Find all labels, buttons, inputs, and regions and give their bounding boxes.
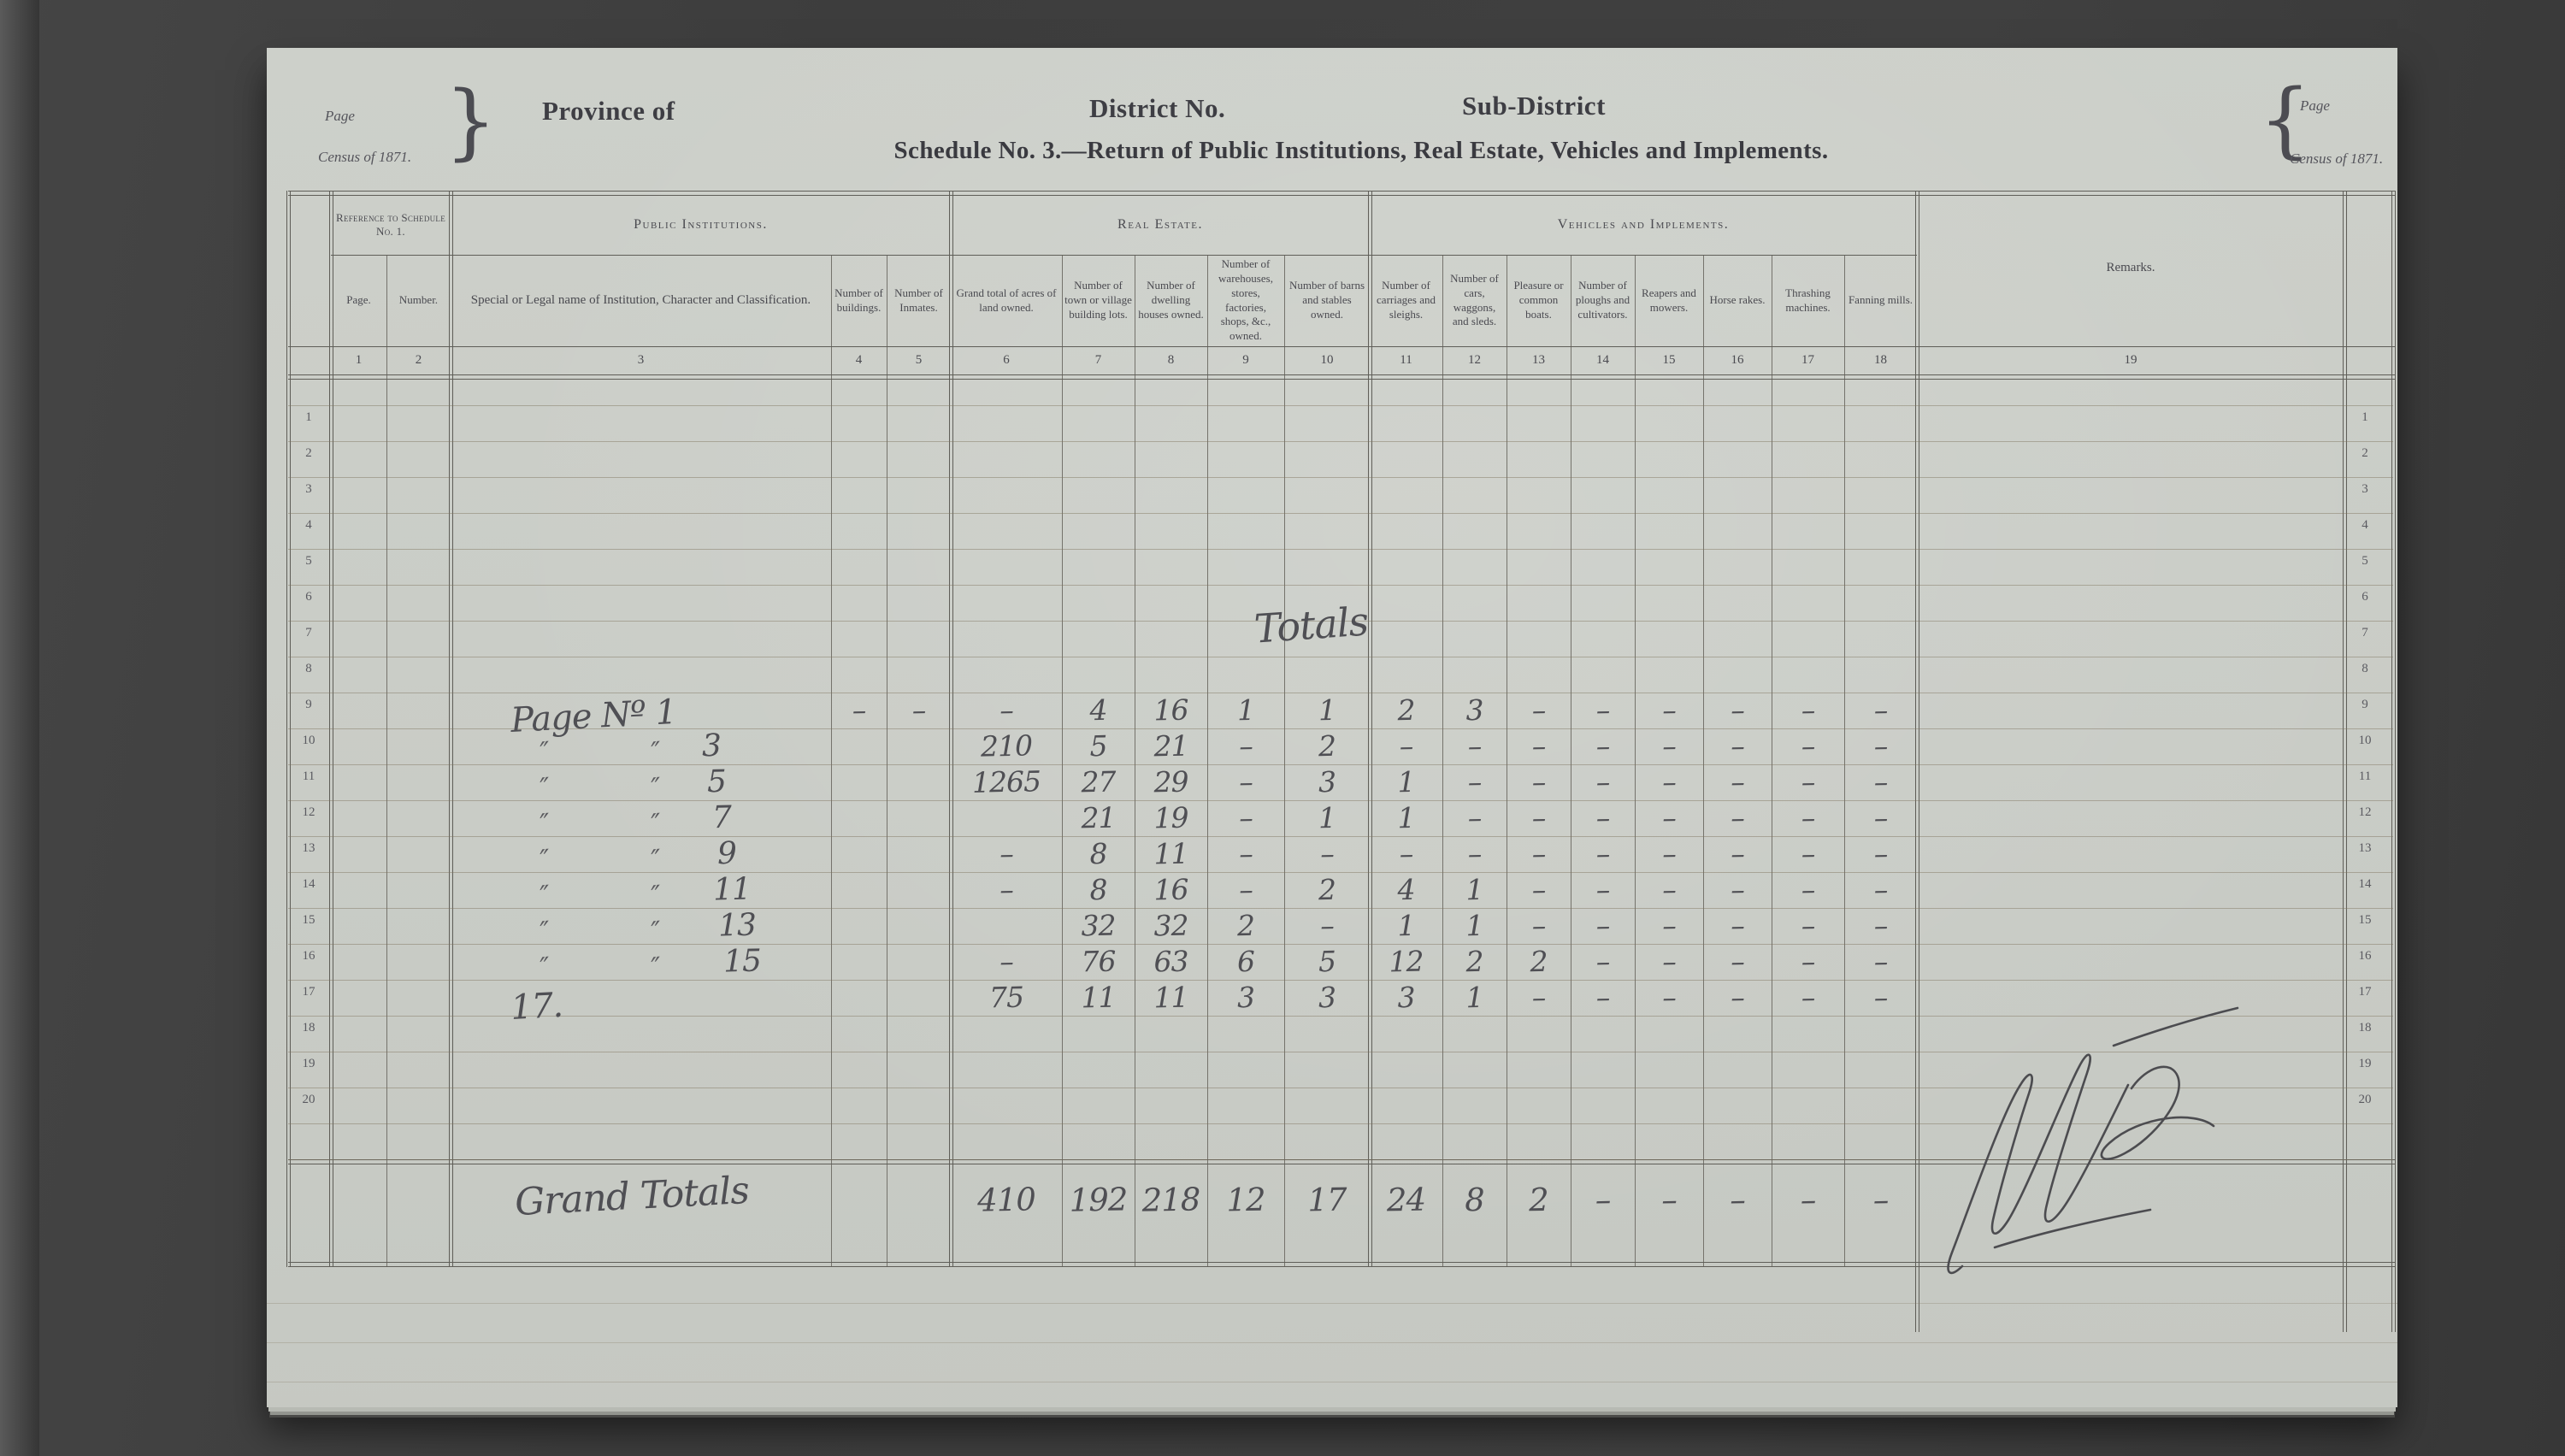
handwritten-cell-col13: 2 <box>1507 941 1571 982</box>
handwritten-cell-col9: – <box>1207 798 1285 839</box>
province-of-label: Province of <box>542 96 675 127</box>
signature-c-loop-stroke <box>2102 1067 2214 1159</box>
handwritten-cell-col8: 63 <box>1135 941 1208 982</box>
census-label-left: Census of 1871. <box>318 149 411 166</box>
table-vertical-rule <box>386 255 387 1267</box>
handwritten-cell-col6: – <box>951 869 1063 911</box>
column-header-14: Number of ploughs and cultivators. <box>1571 255 1635 346</box>
handwritten-cell-col9: – <box>1207 726 1285 767</box>
table-horizontal-rule <box>288 346 2395 347</box>
handwritten-cell-col15: – <box>1635 977 1704 1018</box>
handwritten-cell-col11: 3 <box>1370 977 1443 1018</box>
handwritten-ditto-mark: ″ <box>539 952 551 983</box>
handwritten-cell-col17: – <box>1772 977 1845 1018</box>
handwritten-cell-col17: – <box>1772 905 1845 946</box>
grand-total-cell-col15: – <box>1635 1177 1704 1223</box>
handwritten-cell-col10: 5 <box>1284 941 1371 982</box>
column-header-3: Special or Legal name of Institution, Ch… <box>451 255 831 346</box>
grand-total-cell-col9: 12 <box>1207 1177 1285 1223</box>
handwritten-cell-col13: – <box>1507 834 1571 875</box>
handwritten-cell-col17: – <box>1772 690 1845 731</box>
handwritten-cell-col17: – <box>1772 762 1845 803</box>
row-number-right-7: 7 <box>2346 626 2384 640</box>
sub-district-label: Sub-District <box>1462 91 1606 121</box>
handwritten-cell-col16: – <box>1703 941 1772 982</box>
handwritten-ditto-mark: ″ <box>539 809 551 840</box>
row-number-left-1: 1 <box>290 410 327 425</box>
census-schedule-page: Page Census of 1871. } Province of Distr… <box>267 48 2397 1407</box>
handwritten-cell-col7: 4 <box>1062 690 1135 731</box>
handwritten-ditto-mark: ″ <box>650 917 662 947</box>
handwritten-ditto-mark: ″ <box>650 809 662 840</box>
handwritten-cell-col10: 1 <box>1284 690 1371 731</box>
column-number-8: 8 <box>1135 346 1207 374</box>
ledger-line <box>288 405 2393 406</box>
table-vertical-rule <box>887 255 887 1267</box>
row-number-right-19: 19 <box>2346 1057 2384 1071</box>
row-number-right-18: 18 <box>2346 1021 2384 1035</box>
column-header-4: Number of buildings. <box>831 255 887 346</box>
district-no-label: District No. <box>1089 93 1225 124</box>
column-header-17: Thrashing machines. <box>1772 255 1844 346</box>
handwritten-cell-col16: – <box>1703 869 1772 911</box>
handwritten-ditto-mark: ″ <box>650 881 662 911</box>
table-vertical-rule <box>2395 191 2396 1332</box>
row-number-left-11: 11 <box>290 769 327 784</box>
handwritten-page-ref: 9 <box>671 834 783 875</box>
column-header-13: Pleasure or common boats. <box>1507 255 1571 346</box>
column-number-9: 9 <box>1207 346 1284 374</box>
handwritten-cell-col12: 2 <box>1442 941 1507 982</box>
table-vertical-rule <box>286 191 287 1267</box>
handwritten-ditto-mark: ″ <box>539 917 551 947</box>
handwritten-cell-col17: – <box>1772 834 1845 875</box>
handwritten-grand-totals-label: Grand Totals <box>514 1169 750 1224</box>
page-label-left: Page <box>325 108 355 125</box>
handwritten-cell-col15: – <box>1635 726 1704 767</box>
handwritten-page-ref: 5 <box>661 762 773 804</box>
handwritten-cell-col14: – <box>1571 905 1636 946</box>
column-header-10: Number of barns and stables owned. <box>1284 255 1370 346</box>
grand-total-cell-col14: – <box>1571 1177 1636 1223</box>
remarks-column-number: 19 <box>1917 346 2344 374</box>
handwritten-cell-col9: – <box>1207 762 1285 803</box>
ledger-line <box>288 441 2393 442</box>
grand-total-cell-col10: 17 <box>1284 1177 1371 1223</box>
handwritten-cell-col9: 1 <box>1207 690 1285 731</box>
handwritten-cell-col13: – <box>1507 726 1571 767</box>
column-number-11: 11 <box>1370 346 1442 374</box>
group-vehicles-implements: Vehicles and Implements. <box>1370 198 1917 251</box>
handwritten-cell-col16: – <box>1703 690 1772 731</box>
signature-initials-stroke <box>1949 1055 2128 1273</box>
handwritten-cell-col12: – <box>1442 798 1507 839</box>
handwritten-totals-heading: Totals <box>1253 598 1369 651</box>
handwritten-cell-col15: – <box>1635 941 1704 982</box>
column-header-5: Number of Inmates. <box>887 255 951 346</box>
handwritten-cell-col15: – <box>1635 798 1704 839</box>
row-number-right-20: 20 <box>2346 1093 2384 1107</box>
handwritten-cell-col13: – <box>1507 977 1571 1018</box>
table-vertical-rule <box>1919 191 1919 1332</box>
handwritten-cell-col9: 6 <box>1207 941 1285 982</box>
row-number-right-2: 2 <box>2346 446 2384 461</box>
handwritten-ditto-mark: ″ <box>650 952 662 983</box>
scanned-document-background: Page Census of 1871. } Province of Distr… <box>0 0 2565 1456</box>
row-number-right-17: 17 <box>2346 985 2384 999</box>
handwritten-cell-col13: – <box>1507 762 1571 803</box>
handwritten-cell-col5: – <box>887 690 952 731</box>
handwritten-cell-col8: 21 <box>1135 726 1208 767</box>
table-horizontal-rule <box>288 379 2395 380</box>
handwritten-page-ref: 7 <box>666 798 778 840</box>
handwritten-cell-col11: 2 <box>1370 690 1443 731</box>
handwritten-cell-col8: 11 <box>1135 834 1208 875</box>
column-header-9: Number of warehouses, stores, factories,… <box>1207 255 1284 346</box>
table-vertical-rule <box>2346 191 2347 1332</box>
handwritten-cell-col10: 3 <box>1284 762 1371 803</box>
handwritten-cell-col14: – <box>1571 834 1636 875</box>
row-number-left-18: 18 <box>290 1021 327 1035</box>
row-number-left-17: 17 <box>290 985 327 999</box>
row-number-left-15: 15 <box>290 913 327 928</box>
handwritten-cell-col14: – <box>1571 977 1636 1018</box>
handwritten-cell-col16: – <box>1703 798 1772 839</box>
row-number-right-3: 3 <box>2346 482 2384 497</box>
handwritten-cell-col12: 3 <box>1442 690 1507 731</box>
handwritten-cell-col14: – <box>1571 869 1636 911</box>
table-horizontal-rule <box>288 191 2395 192</box>
column-header-1: Page. <box>331 255 386 346</box>
column-header-16: Horse rakes. <box>1703 255 1772 346</box>
group-public-institutions: Public Institutions. <box>451 198 951 251</box>
handwritten-cell-col14: – <box>1571 941 1636 982</box>
table-vertical-rule <box>831 255 832 1267</box>
row-number-left-2: 2 <box>290 446 327 461</box>
ledger-line <box>288 585 2393 586</box>
row-number-left-16: 16 <box>290 949 327 964</box>
column-header-12: Number of cars, waggons, and sleds. <box>1442 255 1507 346</box>
grand-total-cell-col17: – <box>1772 1177 1845 1223</box>
left-brace: } <box>445 80 497 162</box>
handwritten-cell-col16: – <box>1703 905 1772 946</box>
handwritten-page-ref: 17. <box>510 969 870 1029</box>
column-number-5: 5 <box>887 346 951 374</box>
row-number-right-4: 4 <box>2346 518 2384 533</box>
handwritten-cell-col7: 32 <box>1062 905 1135 946</box>
row-number-right-12: 12 <box>2346 805 2384 820</box>
handwritten-cell-col15: – <box>1635 690 1704 731</box>
row-number-right-11: 11 <box>2346 769 2384 784</box>
column-header-8: Number of dwelling houses owned. <box>1135 255 1207 346</box>
row-number-left-19: 19 <box>290 1057 327 1071</box>
handwritten-cell-col17: – <box>1772 726 1845 767</box>
column-number-1: 1 <box>331 346 386 374</box>
group-real-estate: Real Estate. <box>951 198 1370 251</box>
handwritten-cell-col4: – <box>831 690 887 730</box>
column-header-7: Number of town or village building lots. <box>1062 255 1135 346</box>
row-number-right-6: 6 <box>2346 590 2384 604</box>
handwritten-cell-col18: – <box>1844 762 1918 803</box>
page-label-right: Page <box>2300 97 2330 115</box>
handwritten-cell-col8: 19 <box>1135 798 1208 839</box>
row-number-right-1: 1 <box>2346 410 2384 425</box>
handwritten-cell-col9: – <box>1207 869 1285 911</box>
handwritten-cell-col16: – <box>1703 977 1772 1018</box>
handwritten-cell-col11: 4 <box>1370 869 1443 911</box>
handwritten-ditto-mark: ″ <box>539 845 551 875</box>
handwritten-cell-col14: – <box>1571 762 1636 803</box>
handwritten-cell-col7: 8 <box>1062 834 1135 875</box>
column-header-2: Number. <box>386 255 451 346</box>
handwritten-cell-col15: – <box>1635 869 1704 911</box>
handwritten-cell-col7: 11 <box>1062 977 1135 1018</box>
handwritten-ditto-mark: ″ <box>650 845 662 875</box>
grand-total-cell-col16: – <box>1703 1177 1772 1223</box>
handwritten-cell-col9: – <box>1207 834 1285 875</box>
right-brace: { <box>2259 79 2311 161</box>
handwritten-cell-col7: 76 <box>1062 941 1135 982</box>
ledger-line <box>267 1382 2397 1382</box>
handwritten-cell-col18: – <box>1844 977 1918 1018</box>
handwritten-cell-col18: – <box>1844 690 1918 731</box>
handwritten-cell-col7: 8 <box>1062 869 1135 911</box>
handwritten-cell-col6: 75 <box>951 977 1063 1019</box>
handwritten-cell-col10: 2 <box>1284 726 1371 767</box>
column-number-2: 2 <box>386 346 451 374</box>
handwritten-cell-col13: – <box>1507 798 1571 839</box>
table-horizontal-rule <box>288 195 2395 196</box>
handwritten-cell-col17: – <box>1772 798 1845 839</box>
handwritten-cell-col18: – <box>1844 834 1918 875</box>
handwritten-cell-col15: – <box>1635 905 1704 946</box>
ledger-line <box>288 477 2393 478</box>
handwritten-cell-col10: – <box>1284 834 1371 875</box>
handwritten-cell-col12: – <box>1442 762 1507 803</box>
handwritten-cell-col12: 1 <box>1442 869 1507 911</box>
grand-total-cell-col18: – <box>1844 1177 1918 1223</box>
remarks-column-label: Remarks. <box>1917 191 2344 346</box>
row-number-right-10: 10 <box>2346 734 2384 748</box>
row-number-left-14: 14 <box>290 877 327 892</box>
row-number-left-20: 20 <box>290 1093 327 1107</box>
row-number-left-5: 5 <box>290 554 327 569</box>
handwritten-cell-col7: 21 <box>1062 798 1135 839</box>
row-number-right-14: 14 <box>2346 877 2384 892</box>
ledger-line <box>288 549 2393 550</box>
handwritten-cell-col8: 16 <box>1135 690 1208 731</box>
column-header-6: Grand total of acres of land owned. <box>951 255 1062 346</box>
grand-total-cell-col7: 192 <box>1062 1177 1135 1223</box>
row-number-right-9: 9 <box>2346 698 2384 712</box>
ledger-line <box>267 1342 2397 1343</box>
handwritten-cell-col11: – <box>1370 726 1443 767</box>
handwritten-cell-col18: – <box>1844 726 1918 767</box>
column-number-4: 4 <box>831 346 887 374</box>
row-number-left-9: 9 <box>290 698 327 712</box>
handwritten-ditto-mark: ″ <box>539 773 551 804</box>
handwritten-cell-col18: – <box>1844 941 1918 982</box>
group-reference-schedule1: Reference to Schedule No. 1. <box>331 198 451 251</box>
row-number-left-4: 4 <box>290 518 327 533</box>
table-horizontal-rule <box>331 255 1917 256</box>
handwritten-cell-col8: 29 <box>1135 762 1208 803</box>
handwritten-cell-col10: – <box>1284 905 1371 946</box>
column-number-17: 17 <box>1772 346 1844 374</box>
census-label-right: Census of 1871. <box>2290 150 2383 168</box>
table-vertical-rule <box>2343 191 2344 1332</box>
handwritten-cell-col8: 16 <box>1135 869 1208 911</box>
grand-total-cell-col6: 410 <box>951 1177 1063 1223</box>
column-header-11: Number of carriages and sleighs. <box>1370 255 1442 346</box>
grand-total-cell-col11: 24 <box>1370 1177 1443 1223</box>
handwritten-cell-col16: – <box>1703 762 1772 803</box>
handwritten-cell-col12: – <box>1442 834 1507 875</box>
grand-total-cell-col13: 2 <box>1507 1177 1571 1223</box>
column-number-3: 3 <box>451 346 831 374</box>
column-header-15: Reapers and mowers. <box>1635 255 1703 346</box>
row-number-right-16: 16 <box>2346 949 2384 964</box>
column-number-16: 16 <box>1703 346 1772 374</box>
ledger-line <box>288 657 2393 657</box>
column-number-7: 7 <box>1062 346 1135 374</box>
handwritten-cell-col11: 12 <box>1370 941 1443 982</box>
handwritten-cell-col11: 1 <box>1370 762 1443 803</box>
handwritten-cell-col17: – <box>1772 941 1845 982</box>
handwritten-cell-col16: – <box>1703 834 1772 875</box>
column-number-10: 10 <box>1284 346 1370 374</box>
handwritten-cell-col13: – <box>1507 690 1571 731</box>
column-header-18: Fanning mills. <box>1844 255 1917 346</box>
row-number-left-8: 8 <box>290 662 327 676</box>
table-vertical-rule <box>2391 191 2392 1332</box>
handwritten-cell-col9: 3 <box>1207 977 1285 1018</box>
handwritten-cell-col10: 2 <box>1284 869 1371 911</box>
handwritten-cell-col18: – <box>1844 798 1918 839</box>
handwritten-cell-col11: 1 <box>1370 905 1443 946</box>
row-number-left-10: 10 <box>290 734 327 748</box>
row-number-left-12: 12 <box>290 805 327 820</box>
handwritten-cell-col8: 11 <box>1135 977 1208 1018</box>
handwritten-cell-col18: – <box>1844 905 1918 946</box>
row-number-right-5: 5 <box>2346 554 2384 569</box>
row-number-right-8: 8 <box>2346 662 2384 676</box>
handwritten-cell-col10: 3 <box>1284 977 1371 1018</box>
signature-upper-stroke <box>2114 1008 2238 1046</box>
handwritten-page-ref: 13 <box>681 905 793 947</box>
handwritten-cell-col15: – <box>1635 834 1704 875</box>
handwritten-page-ref: 11 <box>676 869 788 911</box>
handwritten-cell-col13: – <box>1507 869 1571 911</box>
handwritten-cell-col10: 1 <box>1284 798 1371 839</box>
handwritten-ditto-mark: ″ <box>539 881 551 911</box>
row-number-left-13: 13 <box>290 841 327 856</box>
handwritten-cell-col11: 1 <box>1370 798 1443 839</box>
handwritten-cell-col6: 1265 <box>951 762 1063 804</box>
column-number-12: 12 <box>1442 346 1507 374</box>
ledger-line <box>288 513 2393 514</box>
handwritten-cell-col12: 1 <box>1442 977 1507 1018</box>
column-number-6: 6 <box>951 346 1062 374</box>
row-number-left-7: 7 <box>290 626 327 640</box>
handwritten-cell-col12: – <box>1442 726 1507 767</box>
row-number-left-3: 3 <box>290 482 327 497</box>
handwritten-cell-col12: 1 <box>1442 905 1507 946</box>
handwritten-cell-col14: – <box>1571 690 1636 731</box>
table-horizontal-rule <box>288 374 2395 375</box>
handwritten-page-ref: 3 <box>656 726 768 768</box>
handwritten-cell-col16: – <box>1703 726 1772 767</box>
handwritten-cell-col14: – <box>1571 798 1636 839</box>
schedule-title: Schedule No. 3.—Return of Public Institu… <box>720 137 2002 165</box>
handwritten-cell-col8: 32 <box>1135 905 1208 946</box>
handwritten-cell-col14: – <box>1571 726 1636 767</box>
column-number-15: 15 <box>1635 346 1703 374</box>
grand-total-cell-col12: 8 <box>1442 1177 1507 1223</box>
handwritten-cell-col17: – <box>1772 869 1845 911</box>
handwritten-cell-col18: – <box>1844 869 1918 911</box>
handwritten-cell-col7: 5 <box>1062 726 1135 767</box>
column-number-14: 14 <box>1571 346 1635 374</box>
handwritten-cell-col7: 27 <box>1062 762 1135 803</box>
handwritten-cell-col13: – <box>1507 905 1571 946</box>
column-number-18: 18 <box>1844 346 1917 374</box>
handwritten-cell-col9: 2 <box>1207 905 1285 946</box>
row-number-right-13: 13 <box>2346 841 2384 856</box>
column-number-13: 13 <box>1507 346 1571 374</box>
handwritten-ditto-mark: ″ <box>539 737 551 768</box>
row-number-right-15: 15 <box>2346 913 2384 928</box>
row-number-left-6: 6 <box>290 590 327 604</box>
grand-total-cell-col8: 218 <box>1135 1177 1208 1223</box>
handwritten-cell-col11: – <box>1370 834 1443 875</box>
handwritten-cell-col15: – <box>1635 762 1704 803</box>
ledger-line <box>267 1303 2397 1304</box>
signature-flourish <box>1938 984 2246 1279</box>
signature-underline-stroke <box>1995 1210 2150 1247</box>
